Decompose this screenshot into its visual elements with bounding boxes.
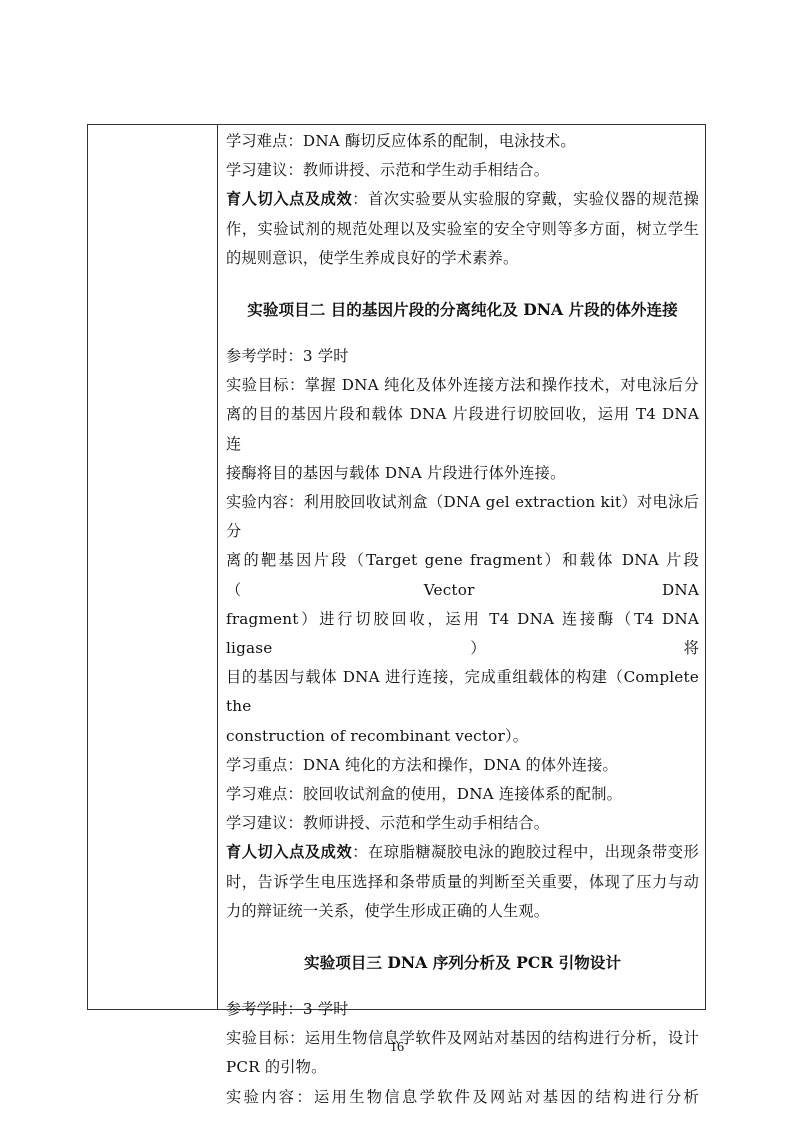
project3-title: 实验项目三 DNA 序列分析及 PCR 引物设计 xyxy=(226,948,699,977)
project2-content-line: 目的基因与载体 DNA 进行连接，完成重组载体的构建（Complete the xyxy=(226,663,699,721)
project2-goal-line: 实验目标：掌握 DNA 纯化及体外连接方法和操作技术，对电泳后分 xyxy=(226,371,699,400)
project2-difficulty: 学习难点：胶回收试剂盒的使用，DNA 连接体系的配制。 xyxy=(226,780,699,809)
project2-hours: 参考学时：3 学时 xyxy=(226,342,699,371)
education-line: 育人切入点及成效：首次实验要从实验服的穿戴，实验仪器的规范操 xyxy=(226,185,699,214)
difficulty-text: 学习难点：DNA 酶切反应体系的配制，电泳技术。 xyxy=(226,127,699,156)
project3-goal-line: PCR 的引物。 xyxy=(226,1053,699,1082)
project2-content-line: 离的靶基因片段（Target gene fragment）和载体 DNA 片段（… xyxy=(226,546,699,604)
table-right-column: 学习难点：DNA 酶切反应体系的配制，电泳技术。 学习建议：教师讲授、示范和学生… xyxy=(218,125,705,1009)
project2-education-line: 育人切入点及成效：在琼脂糖凝胶电泳的跑胶过程中，出现条带变形 xyxy=(226,838,699,867)
project2-content-line: construction of recombinant vector）。 xyxy=(226,722,699,751)
table-left-column xyxy=(88,125,218,1009)
page-number: 16 xyxy=(0,1040,794,1056)
project2-education-line: 时，告诉学生电压选择和条带质量的判断至关重要，体现了压力与动 xyxy=(226,868,699,897)
project2-content-line: fragment）进行切胶回收，运用 T4 DNA 连接酶（T4 DNA lig… xyxy=(226,605,699,663)
project3-hours: 参考学时：3 学时 xyxy=(226,995,699,1024)
education-label: 育人切入点及成效 xyxy=(226,843,352,861)
project2-goal-line: 接酶将目的基因与载体 DNA 片段进行体外连接。 xyxy=(226,459,699,488)
project2-goal-line: 离的目的基因片段和载体 DNA 片段进行切胶回收，运用 T4 DNA 连 xyxy=(226,400,699,458)
suggestion-text: 学习建议：教师讲授、示范和学生动手相结合。 xyxy=(226,156,699,185)
project2-education-line: 力的辩证统一关系，使学生形成正确的人生观。 xyxy=(226,897,699,926)
education-label: 育人切入点及成效 xyxy=(226,190,352,208)
education-line: 作，实验试剂的规范处理以及实验室的安全守则等多方面，树立学生 xyxy=(226,215,699,244)
project2-key-points: 学习重点：DNA 纯化的方法和操作，DNA 的体外连接。 xyxy=(226,751,699,780)
course-table: 学习难点：DNA 酶切反应体系的配制，电泳技术。 学习建议：教师讲授、示范和学生… xyxy=(87,124,706,1010)
project2-content-line: 实验内容：利用胶回收试剂盒（DNA gel extraction kit）对电泳… xyxy=(226,488,699,546)
project2-title: 实验项目二 目的基因片段的分离纯化及 DNA 片段的体外连接 xyxy=(226,295,699,324)
project3-content-line: 实验内容：运用生物信息学软件及网站对基因的结构进行分析 xyxy=(226,1083,699,1112)
project2-suggestion: 学习建议：教师讲授、示范和学生动手相结合。 xyxy=(226,809,699,838)
education-line: 的规则意识，使学生养成良好的学术素养。 xyxy=(226,244,699,273)
